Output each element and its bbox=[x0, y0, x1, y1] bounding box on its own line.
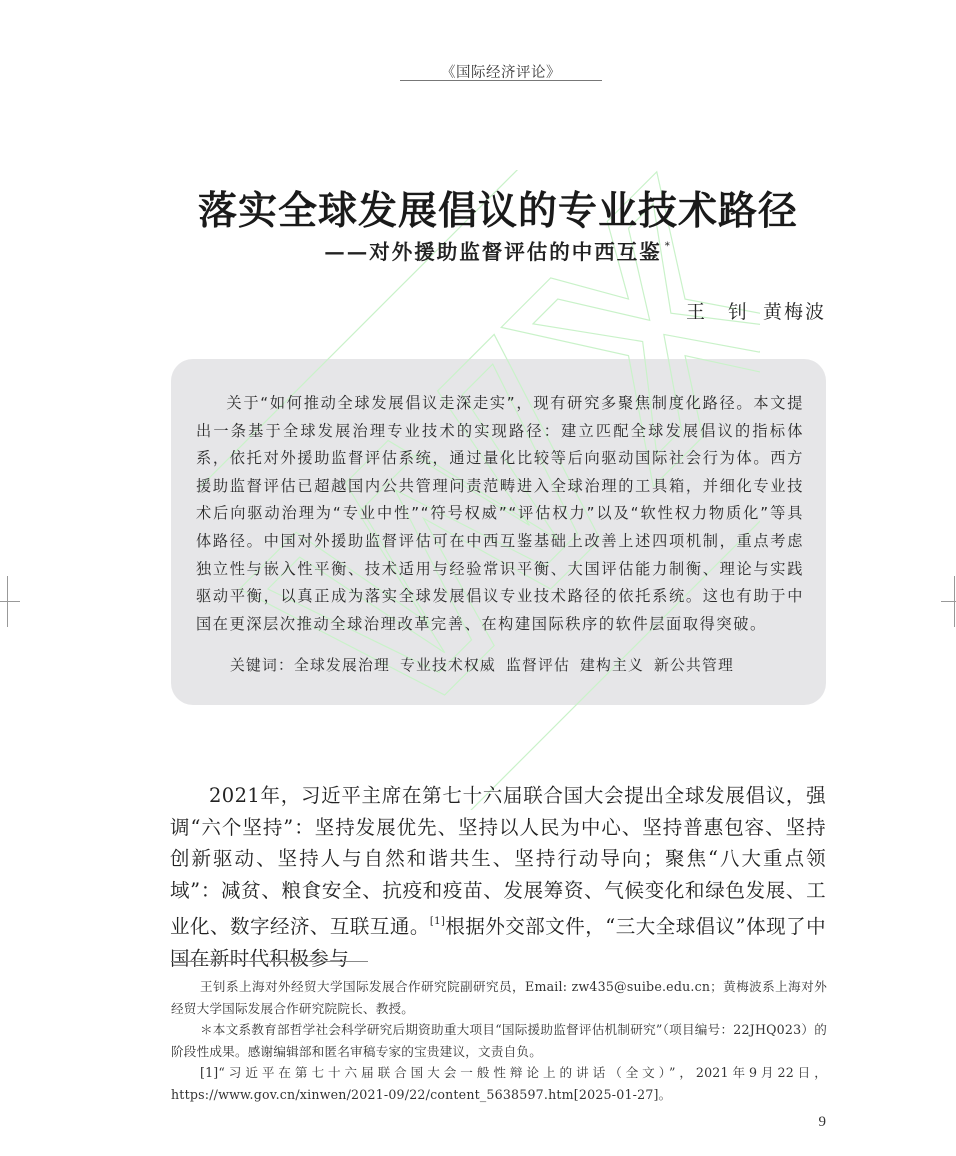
keyword: 监督评估 bbox=[506, 657, 570, 674]
keyword: 专业技术权威 bbox=[400, 657, 496, 674]
running-head-rule bbox=[400, 80, 602, 81]
keyword: 全球发展治理 bbox=[294, 657, 390, 674]
article-title: 落实全球发展倡议的专业技术路径 bbox=[170, 180, 826, 236]
author-list: 王 钊黄梅波 bbox=[560, 297, 826, 324]
article-subtitle: ——对外援助监督评估的中西互鉴* bbox=[170, 235, 826, 265]
keyword: 建构主义 bbox=[580, 657, 644, 674]
footnote-reference-1: [1]“习近平在第七十六届联合国大会一般性辩论上的讲话（全文）”，2021年9月… bbox=[171, 1062, 827, 1105]
footnote-reference-link[interactable]: [1] bbox=[430, 916, 445, 927]
page-number: 9 bbox=[806, 1114, 826, 1131]
keyword: 新公共管理 bbox=[654, 657, 734, 674]
crop-mark-left-horizontal bbox=[0, 601, 20, 602]
footnote-funding: ＊本文系教育部哲学社会科学研究后期资助重大项目“国际援助监督评估机制研究”（项目… bbox=[171, 1019, 827, 1062]
keywords-line: 关键词：全球发展治理专业技术权威监督评估建构主义新公共管理 bbox=[230, 654, 810, 675]
footnote-divider bbox=[171, 961, 368, 962]
author-name: 王 钊 bbox=[686, 301, 749, 323]
keywords-label: 关键词： bbox=[230, 657, 294, 674]
abstract-text: 关于“如何推动全球发展倡议走深走实”，现有研究多聚焦制度化路径。本文提出一条基于… bbox=[196, 390, 804, 638]
crop-mark-right-horizontal bbox=[941, 601, 956, 602]
author-name: 黄梅波 bbox=[763, 301, 826, 323]
body-paragraph: 2021年，习近平主席在第七十六届联合国大会提出全球发展倡议，强调“六个坚持”：… bbox=[170, 780, 826, 974]
journal-running-head: 《国际经济评论》 bbox=[400, 61, 602, 82]
subtitle-text: ——对外援助监督评估的中西互鉴 bbox=[324, 240, 662, 264]
subtitle-footnote-mark: * bbox=[665, 241, 672, 252]
footnote-author-info: 王钊系上海对外经贸大学国际发展合作研究院副研究员，Email: zw435@su… bbox=[171, 976, 827, 1019]
